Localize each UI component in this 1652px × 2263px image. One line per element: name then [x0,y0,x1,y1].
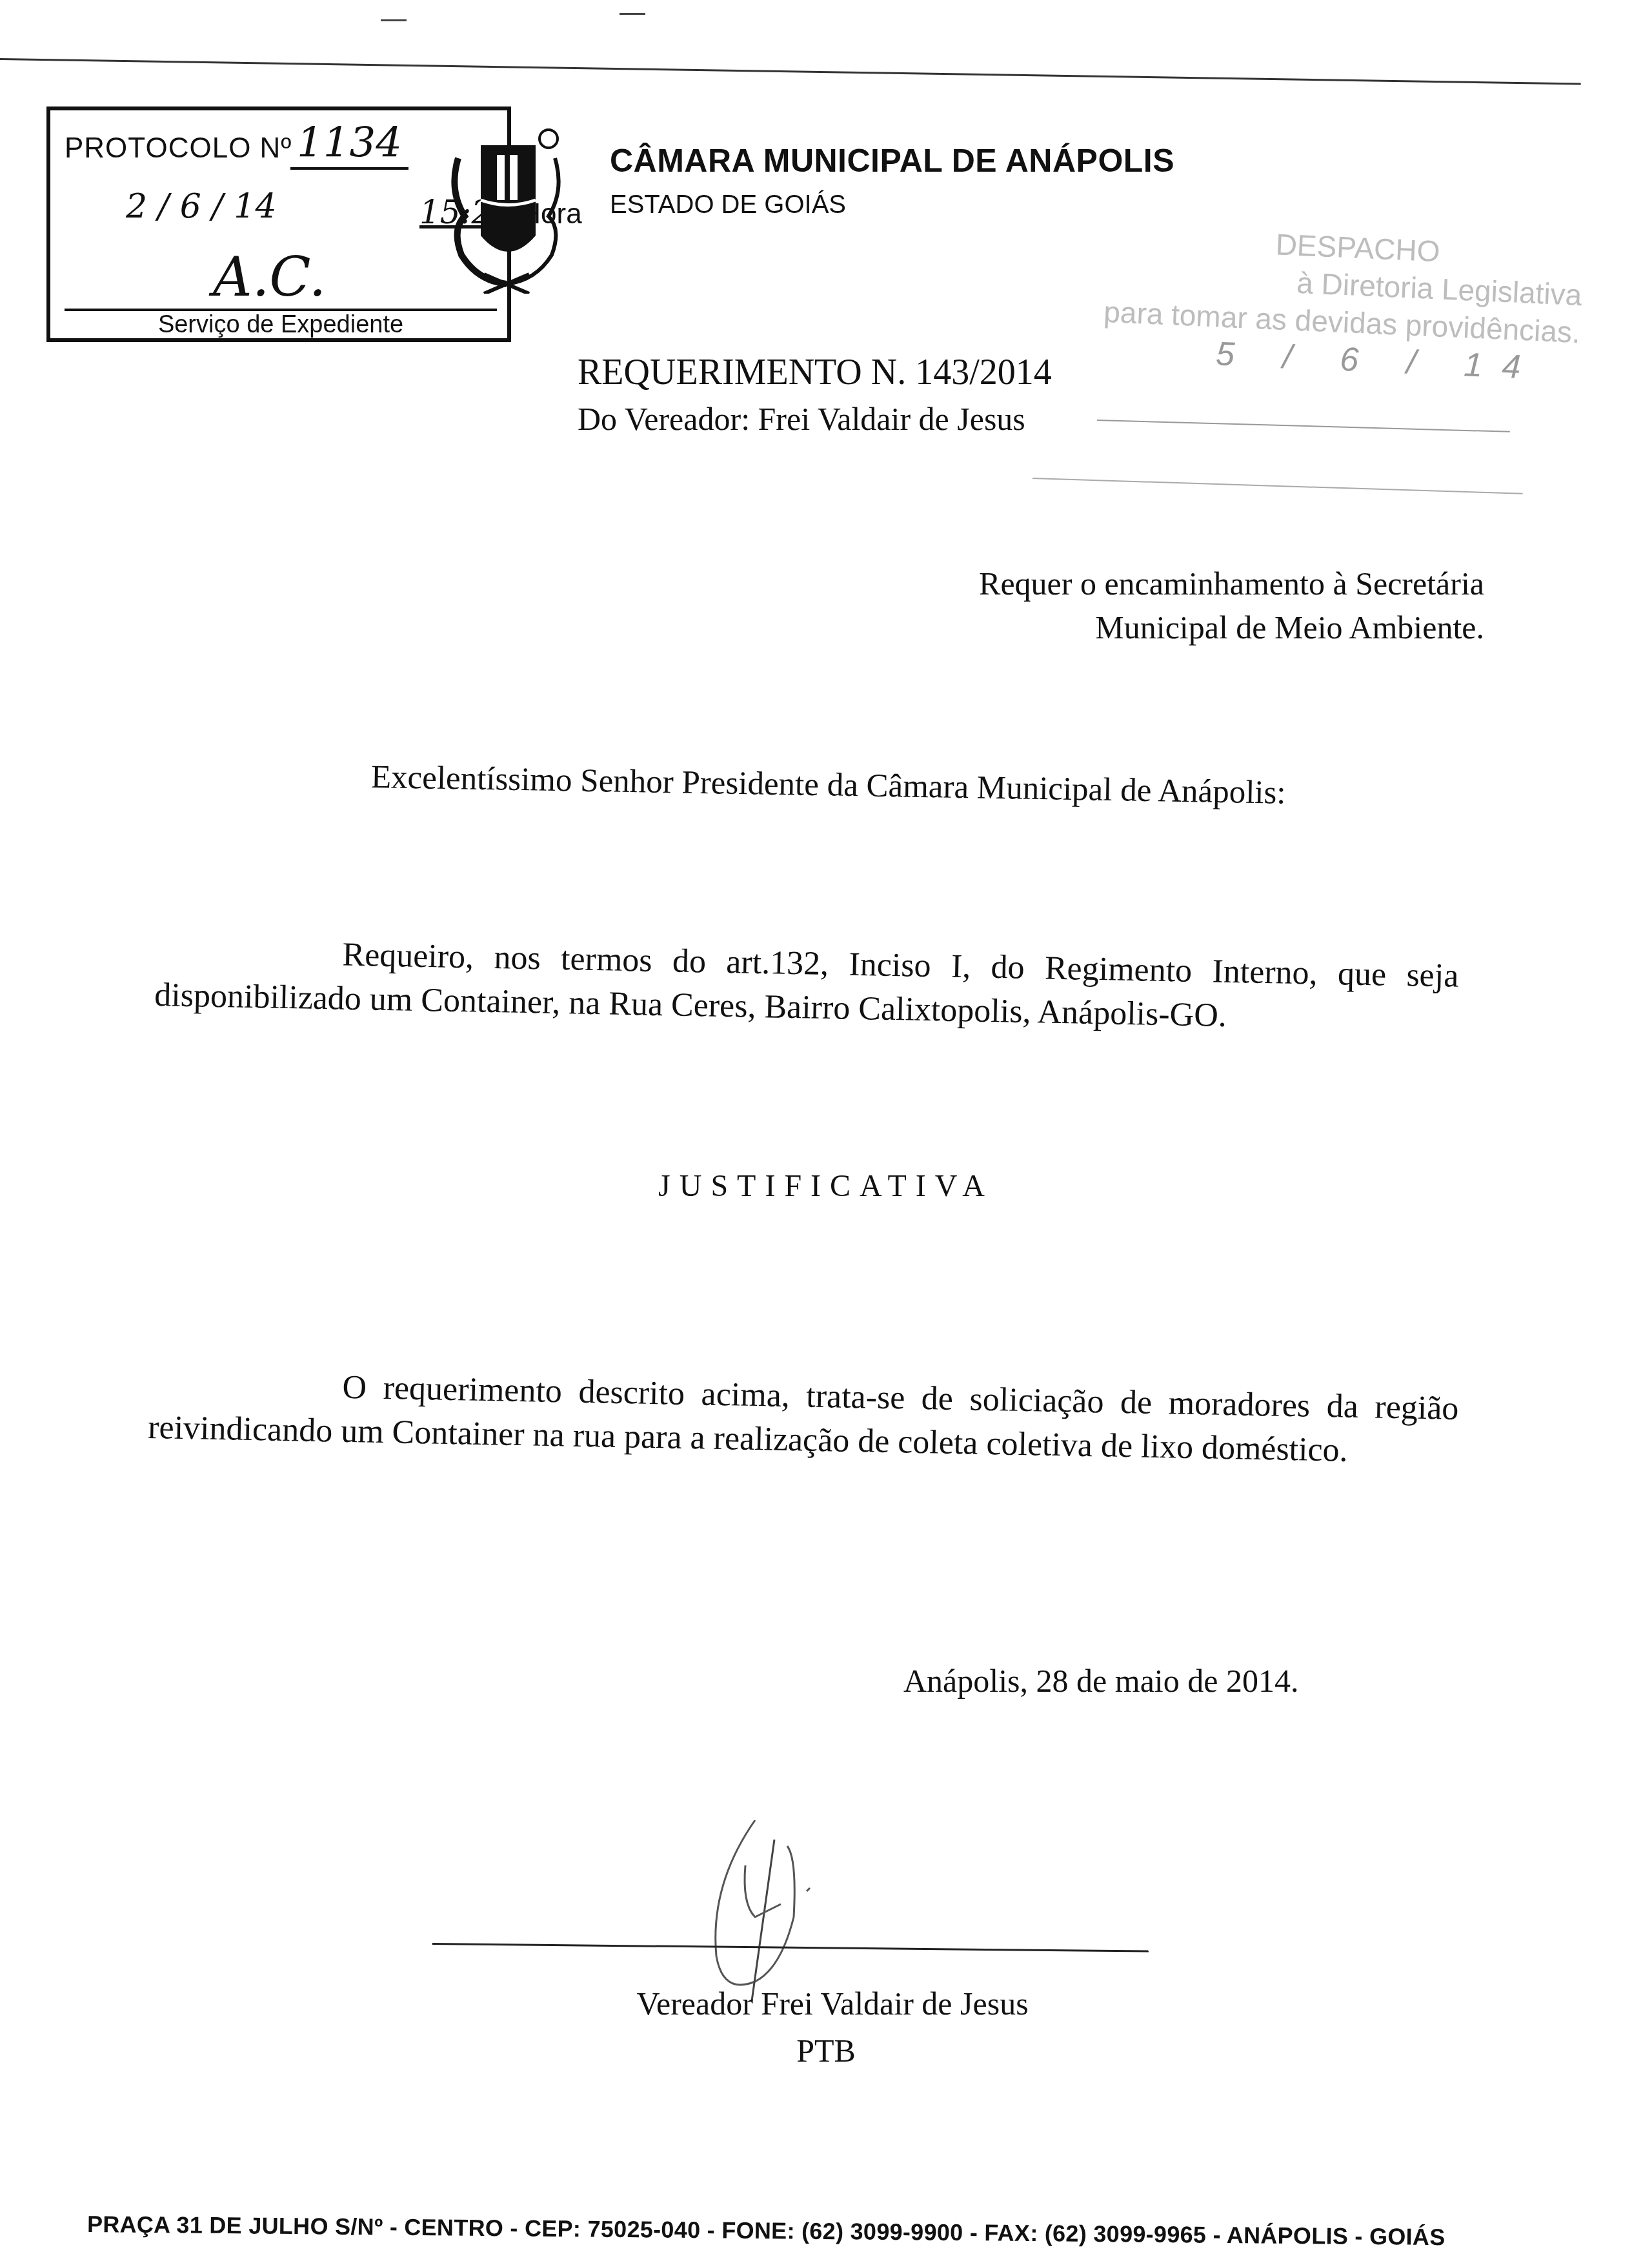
justification-title: JUSTIFICATIVA [0,1168,1652,1204]
requerimento-author: Do Vereador: Frei Valdair de Jesus [578,400,1025,438]
request-paragraph: Requeiro, nos termos do art.132, Inciso … [154,929,1459,1042]
scan-mark [619,13,645,15]
scan-edge-line [0,58,1581,85]
despacho-stamp: DESPACHO à Diretoria Legislativa para to… [1049,216,1584,389]
despacho-rule [1097,420,1510,432]
signer-name: Vereador Frei Valdair de Jesus [0,1985,1652,2022]
protocol-label: PROTOCOLO Nº [65,132,292,165]
protocol-date: 2 / 6 / 14 [126,187,277,226]
organization-name: CÂMARA MUNICIPAL DE ANÁPOLIS [610,142,1174,179]
protocol-initials: A.C. [213,245,326,309]
footer-address: PRAÇA 31 DE JULHO S/Nº - CENTRO - CEP: 7… [87,2211,1652,2253]
salutation: Excelentíssimo Senhor Presidente da Câma… [370,758,1286,812]
coat-of-arms-icon [445,119,568,294]
organization-state: ESTADO DE GOIÁS [610,190,846,219]
subject-line-2: Municipal de Meio Ambiente. [839,605,1484,649]
signer-party: PTB [0,2032,1652,2069]
signature-scribble-icon [684,1807,826,2001]
justification-paragraph: O requerimento descrito acima, trata-se … [148,1362,1459,1475]
requerimento-title: REQUERIMENTO N. 143/2014 [578,352,1052,393]
protocol-service: Serviço de Expediente [65,311,497,339]
scan-mark [381,19,407,21]
subject-line-1: Requer o encaminhamento à Secretária [839,562,1484,605]
despacho-rule [1032,478,1523,494]
subject: Requer o encaminhamento à Secretária Mun… [839,562,1484,649]
date-line: Anápolis, 28 de maio de 2014. [903,1662,1298,1700]
protocol-number: 1134 [290,119,408,170]
